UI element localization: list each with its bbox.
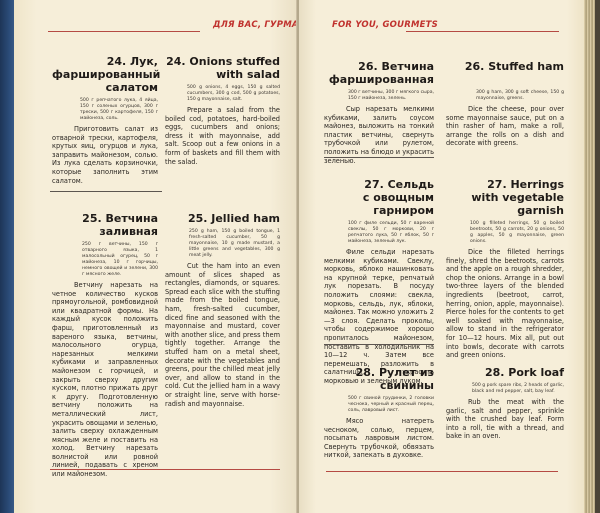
recipe-title-line: 27. Herrings	[487, 178, 564, 191]
recipe-26-en: 26. Stuffed ham 300 g ham, 300 g soft ch…	[446, 60, 564, 148]
recipe-ingredients: 300 g ham, 300 g soft cheese, 150 g mayo…	[446, 90, 564, 102]
recipe-method: Dice the cheese, pour over some mayonnai…	[446, 105, 564, 148]
recipe-ingredients: 500 г свиной грудинки, 2 головки чеснока…	[324, 396, 434, 414]
recipe-title-line: фаршированная	[329, 73, 434, 86]
recipe-title: 28. Pork loaf	[446, 366, 564, 379]
recipe-title-line: 24. Onions stuffed	[166, 55, 280, 68]
book-page-edges	[584, 0, 600, 513]
recipe-method: Ветчину нарезать на четное количество ку…	[52, 281, 158, 479]
recipe-ingredients: 100 г филе сельди, 50 г вареной свеклы, …	[324, 221, 434, 245]
recipe-title-line: with vegetable garnish	[471, 191, 564, 217]
recipe-title: 26. Ветчина фаршированная	[324, 60, 434, 86]
recipe-divider	[324, 157, 434, 158]
recipe-24-ru: 24. Лук, фаршированный салатом 500 г реп…	[52, 55, 158, 185]
recipe-title: 27. Сельдь с овощным гарниром	[324, 178, 434, 217]
recipe-ingredients: 300 г ветчины, 300 г мягкого сыра, 150 г…	[324, 90, 434, 102]
footer-rule	[326, 471, 558, 472]
recipe-ingredients: 250 г ветчины, 150 г отварного языка, 1 …	[52, 242, 158, 278]
recipe-title-line: 26. Ветчина	[358, 60, 434, 73]
recipe-method: Cut the ham into an even amount of slice…	[165, 262, 280, 408]
footer-rule	[50, 469, 280, 470]
recipe-ingredients: 250 g ham, 150 g boiled tongue, 1 fresh-…	[165, 229, 280, 259]
recipe-method: Мясо натереть чесноком, солью, перцем, п…	[324, 417, 434, 460]
recipe-title-line: 24. Лук,	[107, 55, 158, 68]
recipe-title-line: 27. Сельдь	[364, 178, 434, 191]
recipe-ingredients: 500 g onions, 4 eggs, 150 g salted cucum…	[165, 85, 280, 103]
recipe-27-ru: 27. Сельдь с овощным гарниром 100 г филе…	[324, 178, 434, 386]
recipe-divider	[50, 191, 162, 192]
recipe-title: 27. Herrings with vegetable garnish	[446, 178, 564, 217]
recipe-method: Dice the filleted herrings finely, shred…	[446, 248, 564, 360]
recipe-28-en: 28. Pork loaf 500 g pork spare ribs, 2 h…	[446, 366, 564, 441]
recipe-title: 24. Onions stuffed with salad	[165, 55, 280, 81]
recipe-ingredients: 500 г репчатого лука, 4 яйца, 150 г соле…	[52, 98, 158, 122]
header-rule	[48, 31, 200, 32]
recipe-title-line: with salad	[216, 68, 280, 81]
recipe-26-ru: 26. Ветчина фаршированная 300 г ветчины,…	[324, 60, 434, 165]
book-spread: ДЛЯ ВАС, ГУРМАНЫ 24. Лук, фаршированный …	[0, 0, 600, 513]
recipe-title: 25. Jellied ham	[165, 212, 280, 225]
recipe-method: Prepare a salad from the boiled cod, pot…	[165, 106, 280, 166]
recipe-method: Филе сельди нарезать мелкими кубиками. С…	[324, 248, 434, 386]
recipe-ingredients: 500 g pork spare ribs, 2 heads of garlic…	[446, 383, 564, 395]
recipe-method: Приготовить салат из отварной трески, ка…	[52, 125, 158, 185]
recipe-title-line: фаршированный салатом	[52, 68, 160, 94]
recipe-27-en: 27. Herrings with vegetable garnish 100 …	[446, 178, 564, 360]
recipe-ingredients: 100 g filleted herrings, 50 g boiled bee…	[446, 221, 564, 245]
recipe-divider	[324, 344, 434, 345]
recipe-title: 26. Stuffed ham	[446, 60, 564, 73]
header-rule	[406, 31, 559, 32]
recipe-title-line: с овощным гарниром	[363, 191, 434, 217]
recipe-method: Rub the meat with the garlic, salt and p…	[446, 398, 564, 441]
running-head-en: FOR YOU, GOURMETS	[332, 20, 438, 30]
recipe-28-ru: 28. Рулет из свинины 500 г свиной грудин…	[324, 366, 434, 460]
recipe-24-en: 24. Onions stuffed with salad 500 g onio…	[165, 55, 280, 166]
recipe-title: 25. Ветчина заливная	[52, 212, 158, 238]
recipe-25-en: 25. Jellied ham 250 g ham, 150 g boiled …	[165, 212, 280, 408]
recipe-title: 28. Рулет из свинины	[324, 366, 434, 392]
recipe-25-ru: 25. Ветчина заливная 250 г ветчины, 150 …	[52, 212, 158, 479]
recipe-title: 24. Лук, фаршированный салатом	[52, 55, 158, 94]
